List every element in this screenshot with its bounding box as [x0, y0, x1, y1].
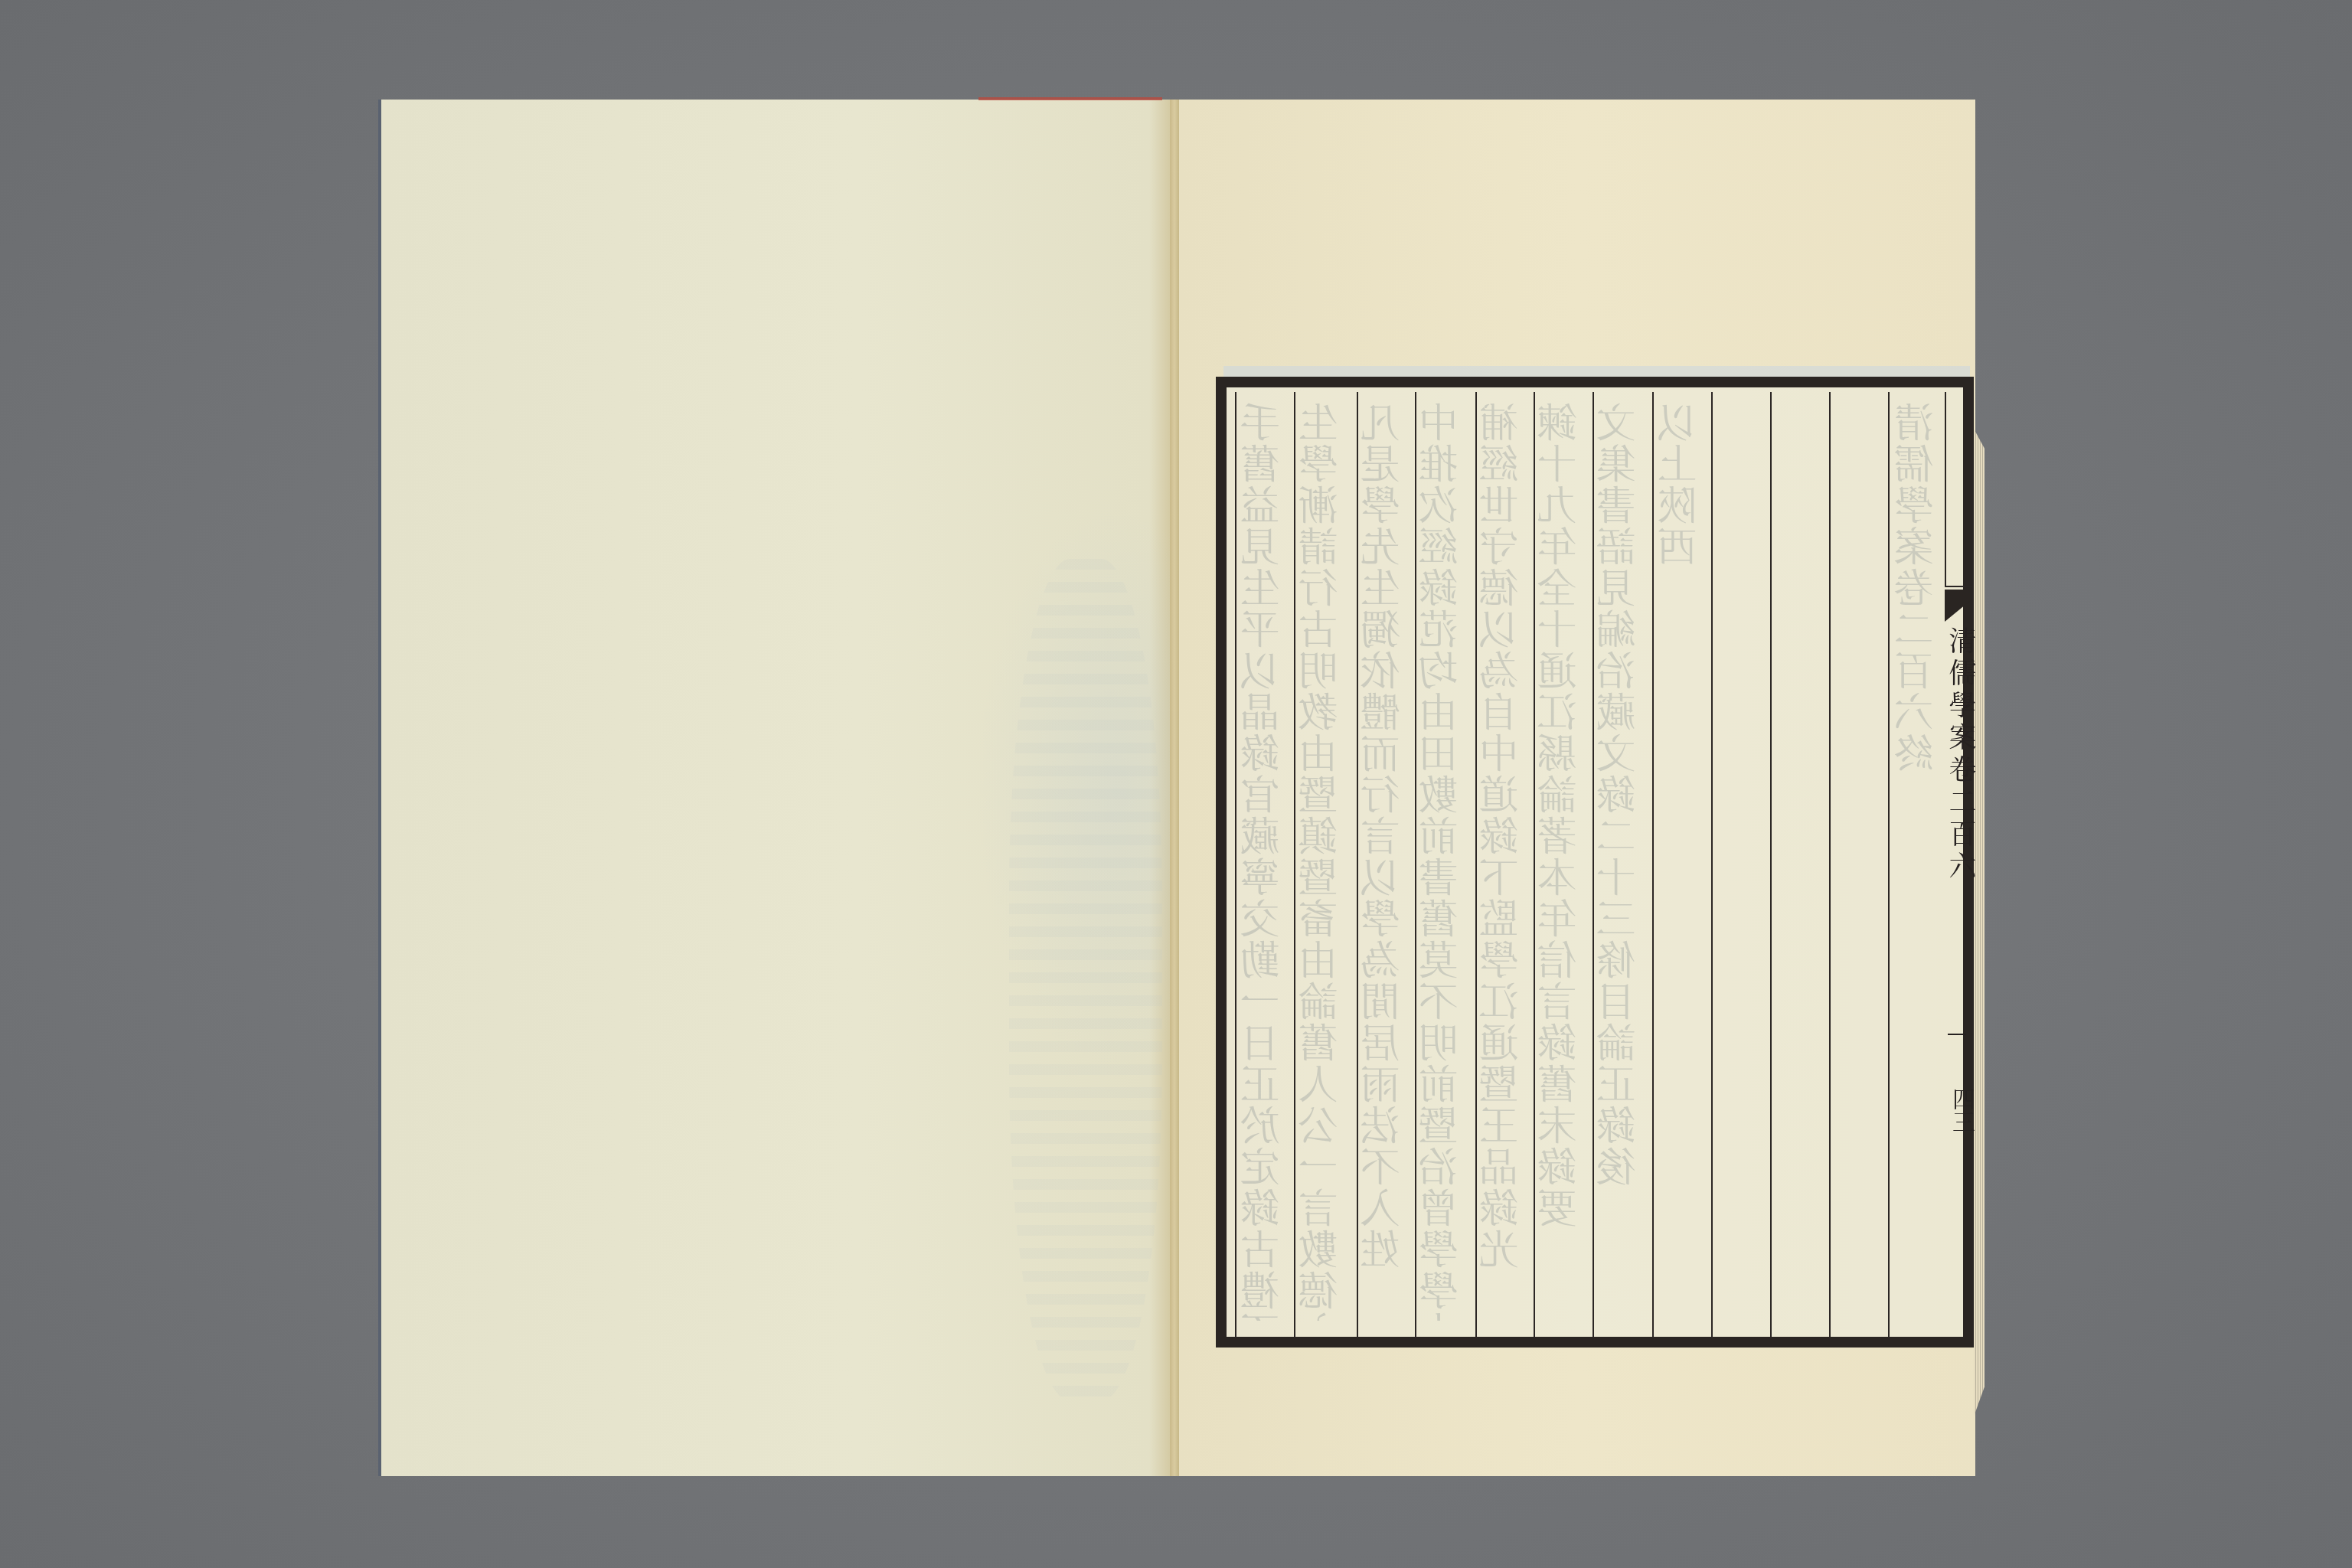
left-page-blank — [381, 100, 1173, 1476]
column-rule — [1235, 392, 1236, 1338]
show-through-column: 清儒學案卷二百六終 — [1894, 402, 1940, 877]
show-through-column: 補經世守德以為自中道錄下監學江通暨王品錄光 — [1479, 402, 1525, 1321]
column-rule — [1475, 392, 1477, 1338]
show-through-column: 以上陝西 — [1658, 402, 1704, 586]
show-through-column: 文集書語見編治藏文錄二十三條目論正錄後 — [1596, 402, 1642, 1321]
page-edge-stack — [1974, 429, 1984, 1416]
open-book: 清儒學案卷二百六終 以上陝西 文集書語見編治藏文錄二十三條目論正錄後 鍊十九年全… — [0, 0, 2352, 1568]
show-through-column: 手舊益見生平以晶錄官藏寧交勤一日正於定錄古禮不盡十 — [1240, 402, 1286, 1321]
column-rule — [1770, 392, 1772, 1338]
show-through-column: 鍊十九年全十通江縣論著本年信言錄舊末錄要 — [1537, 402, 1583, 1321]
show-through-column: 生學漸請行古明教由暨鎮暨畜由論舊人公一言數德入於事更 — [1298, 402, 1344, 1321]
banxin-divider — [1948, 1034, 1966, 1035]
book-gutter — [1170, 100, 1179, 1476]
page-number: 四三 — [1955, 1087, 1978, 1133]
column-rule — [1711, 392, 1713, 1338]
red-edge-stain — [978, 97, 1162, 100]
show-through-pattern — [1009, 559, 1162, 1401]
column-rule — [1652, 392, 1654, 1338]
column-rule — [1829, 392, 1831, 1338]
column-rule — [1534, 392, 1535, 1338]
column-rule — [1294, 392, 1295, 1338]
column-rule — [1592, 392, 1594, 1338]
banxin-title: 清儒學案卷二百六 — [1946, 626, 1974, 884]
show-through-column: 凡是學先生獨依體而行言以學為閒居雨法不入姓 — [1361, 402, 1406, 1321]
column-rule — [1357, 392, 1358, 1338]
column-rule — [1415, 392, 1416, 1338]
column-rule — [1888, 392, 1890, 1338]
show-through-column: 中推次經錄范均由田數前書舊莫不明前暨治曾學學大 — [1419, 402, 1465, 1321]
banxin-upper-box — [1945, 392, 1972, 587]
